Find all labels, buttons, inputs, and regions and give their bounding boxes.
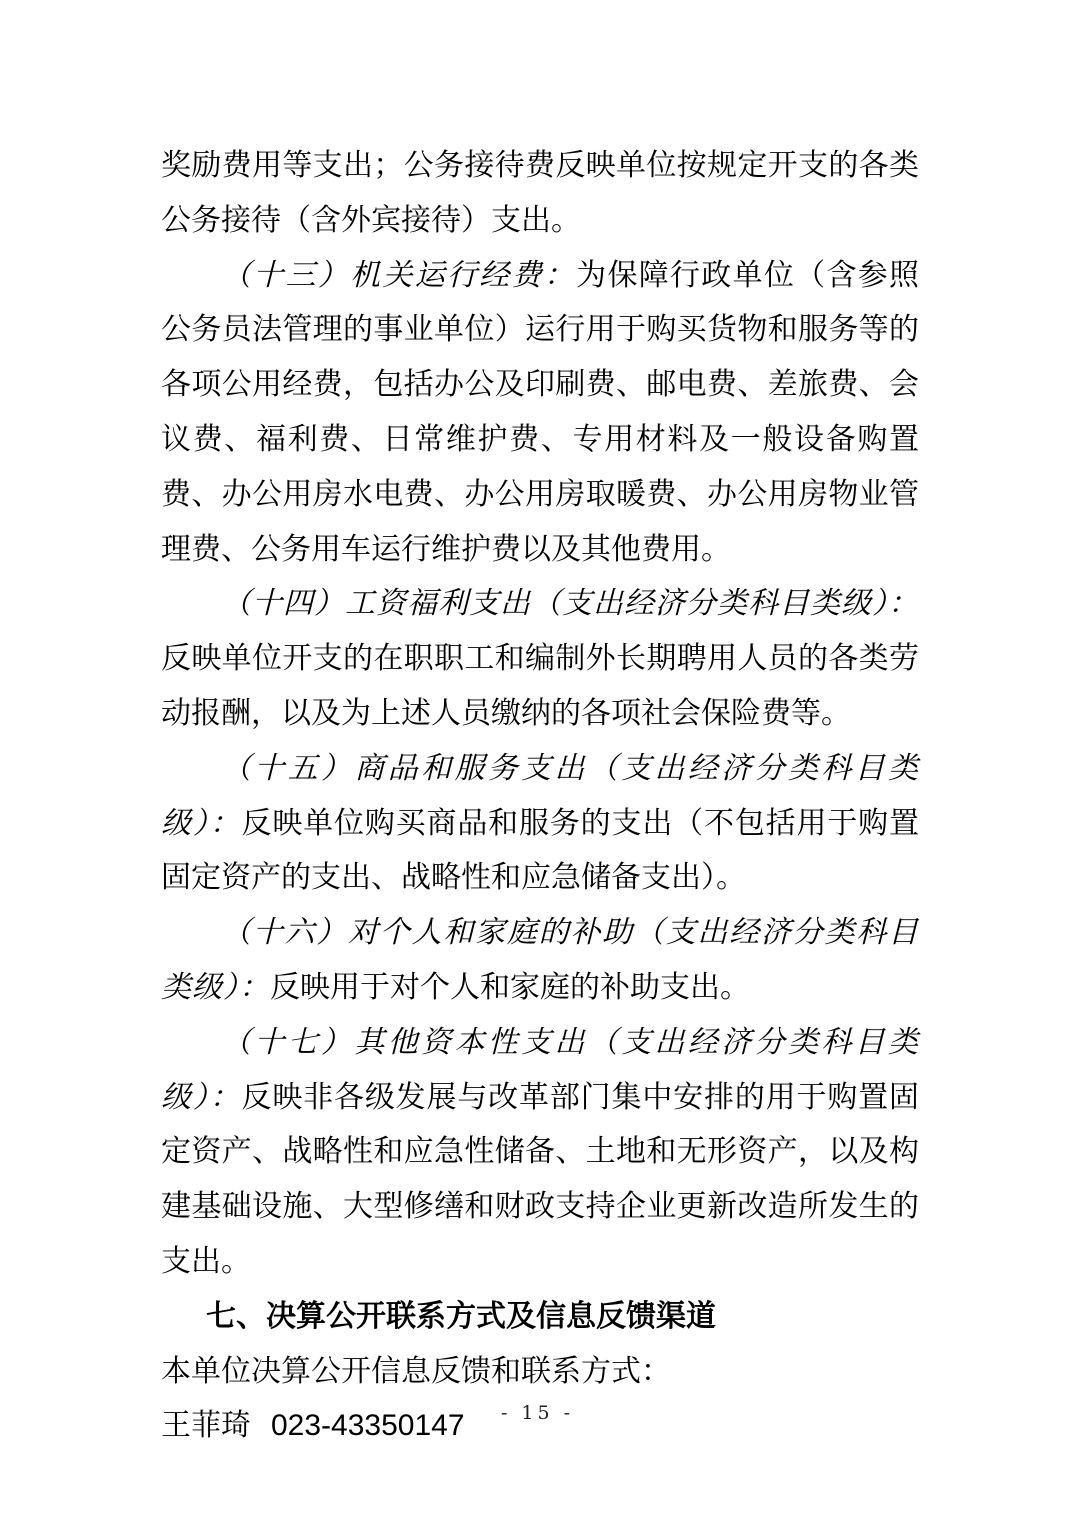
para-17-other-capital-expenditure: （十七）其他资本性支出（支出经济分类科目类级）：反映非各级发展与改革部门集中安排…	[161, 1016, 919, 1290]
body-text-run: 反映单位开支的在职职工和编制外长期聘用人员的各类劳动报酬，以及为上述人员缴纳的各…	[161, 642, 919, 730]
body-text-run: 反映非各级发展与改革部门集中安排的用于购置固定资产、战略性和应急性储备、土地和无…	[161, 1081, 919, 1278]
section-13-label: （十三）机关运行经费：	[221, 258, 576, 293]
section-14-label: （十四）工资福利支出（支出经济分类科目类级）：	[221, 586, 919, 621]
body-text-run: 本单位决算公开信息反馈和联系方式：	[161, 1355, 671, 1388]
document-page: 奖励费用等支出；公务接待费反映单位按规定开支的各类公务接待（含外宾接待）支出。 …	[0, 0, 1075, 1520]
document-body: 奖励费用等支出；公务接待费反映单位按规定开支的各类公务接待（含外宾接待）支出。 …	[161, 139, 919, 1454]
para-contact-intro: 本单位决算公开信息反馈和联系方式：	[161, 1345, 919, 1400]
page-number: - 15 -	[0, 1402, 1075, 1424]
para-official-reception-continuation: 奖励费用等支出；公务接待费反映单位按规定开支的各类公务接待（含外宾接待）支出。	[161, 139, 919, 249]
para-13-agency-operating-costs: （十三）机关运行经费：为保障行政单位（含参照公务员法管理的事业单位）运行用于购买…	[161, 249, 919, 578]
para-14-salary-welfare-expenditure: （十四）工资福利支出（支出经济分类科目类级）：反映单位开支的在职职工和编制外长期…	[161, 577, 919, 741]
body-text-run: 奖励费用等支出；公务接待费反映单位按规定开支的各类公务接待（含外宾接待）支出。	[161, 149, 919, 237]
section-7-heading-text: 七、决算公开联系方式及信息反馈渠道	[206, 1300, 716, 1333]
body-text-run: 反映单位购买商品和服务的支出（不包括用于购置固定资产的支出、战略性和应急储备支出…	[161, 807, 919, 895]
body-text-run: 反映用于对个人和家庭的补助支出。	[270, 971, 750, 1004]
heading-section-7-feedback-channels: 七、决算公开联系方式及信息反馈渠道	[161, 1290, 919, 1345]
para-16-individual-family-subsidy: （十六）对个人和家庭的补助（支出经济分类科目类级）：反映用于对个人和家庭的补助支…	[161, 906, 919, 1016]
para-15-goods-services-expenditure: （十五）商品和服务支出（支出经济分类科目类级）：反映单位购买商品和服务的支出（不…	[161, 742, 919, 906]
body-text-run: 为保障行政单位（含参照公务员法管理的事业单位）运行用于购买货物和服务等的各项公用…	[161, 259, 919, 566]
